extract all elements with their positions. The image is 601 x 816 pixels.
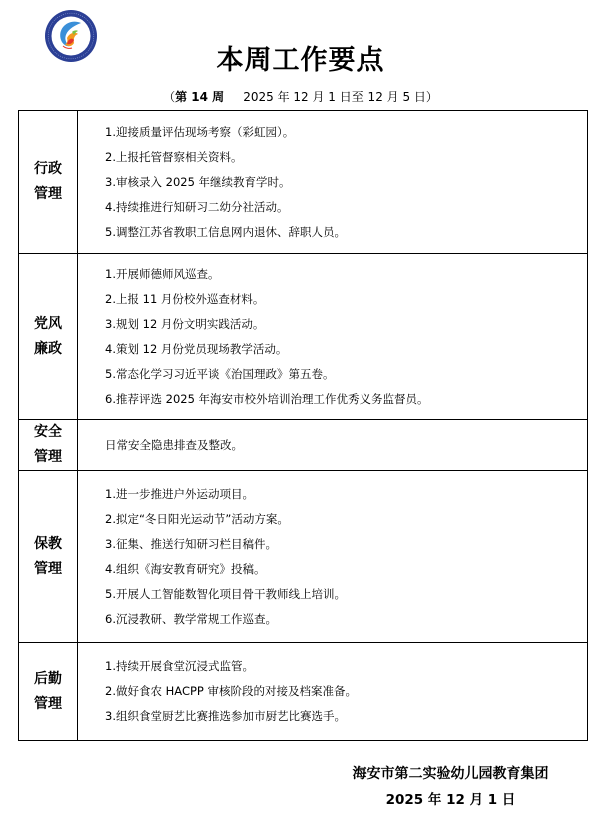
week-date-range: （第 14 周 2025 年 12 月 1 日至 12 月 5 日） [0,88,601,105]
table-row-logistics: 后勤 管理 1.持续开展食堂沉浸式监管。 2.做好食农 HACPP 审核阶段的对… [19,643,588,741]
list-item: 6.沉浸教研、教学常规工作巡查。 [105,607,587,632]
list-item: 3.审核录入 2025 年继续教育学时。 [105,170,587,195]
items-cell: 1.进一步推进户外运动项目。 2.拟定“冬日阳光运动节”活动方案。 3.征集、推… [78,471,588,643]
list-item: 2.做好食农 HACPP 审核阶段的对接及档案准备。 [105,679,587,704]
category-label-line2: 管理 [19,445,77,470]
items-cell: 1.开展师德师风巡查。 2.上报 11 月份校外巡查材料。 3.规划 12 月份… [78,254,588,420]
category-label-line2: 管理 [19,557,77,582]
table-row-administration: 行政 管理 1.迎接质量评估现场考察（彩虹园）。 2.上报托管督察相关资料。 3… [19,111,588,254]
category-label-line1: 保教 [19,532,77,557]
items-cell: 日常安全隐患排查及整改。 [78,420,588,471]
footer-date: 2025 年 12 月 1 日 [300,788,601,808]
subtitle-open-paren: （ [163,90,175,104]
list-item: 1.迎接质量评估现场考察（彩虹园）。 [105,120,587,145]
list-item: 5.开展人工智能数智化项目骨干教师线上培训。 [105,582,587,607]
list-item: 2.拟定“冬日阳光运动节”活动方案。 [105,507,587,532]
table-row-safety: 安全 管理 日常安全隐患排查及整改。 [19,420,588,471]
list-item: 2.上报托管督察相关资料。 [105,145,587,170]
category-label-line2: 廉政 [19,337,77,362]
category-cell: 党风 廉政 [19,254,78,420]
category-label-line1: 安全 [19,420,77,445]
category-label-line1: 后勤 [19,667,77,692]
list-item: 4.策划 12 月份党员现场教学活动。 [105,337,587,362]
work-plan-table: 行政 管理 1.迎接质量评估现场考察（彩虹园）。 2.上报托管督察相关资料。 3… [18,110,588,741]
list-item: 3.规划 12 月份文明实践活动。 [105,312,587,337]
items-cell: 1.迎接质量评估现场考察（彩虹园）。 2.上报托管督察相关资料。 3.审核录入 … [78,111,588,254]
list-item: 1.进一步推进户外运动项目。 [105,482,587,507]
date-range: 2025 年 12 月 1 日至 12 月 5 日） [224,90,438,104]
category-cell: 行政 管理 [19,111,78,254]
list-item: 5.调整江苏省教职工信息网内退休、辞职人员。 [105,220,587,245]
list-item: 1.开展师德师风巡查。 [105,262,587,287]
list-item: 4.持续推进行知研习二幼分社活动。 [105,195,587,220]
table-row-care-education: 保教 管理 1.进一步推进户外运动项目。 2.拟定“冬日阳光运动节”活动方案。 … [19,471,588,643]
category-cell: 安全 管理 [19,420,78,471]
list-item: 1.持续开展食堂沉浸式监管。 [105,654,587,679]
page-title: 本周工作要点 [0,38,601,77]
list-item: 3.组织食堂厨艺比赛推选参加市厨艺比赛选手。 [105,704,587,729]
category-label-line1: 行政 [19,157,77,182]
category-label-line1: 党风 [19,312,77,337]
category-cell: 后勤 管理 [19,643,78,741]
category-cell: 保教 管理 [19,471,78,643]
list-item: 6.推荐评选 2025 年海安市校外培训治理工作优秀义务监督员。 [105,387,587,412]
category-label-line2: 管理 [19,182,77,207]
list-item: 5.常态化学习习近平谈《治国理政》第五卷。 [105,362,587,387]
items-cell: 1.持续开展食堂沉浸式监管。 2.做好食农 HACPP 审核阶段的对接及档案准备… [78,643,588,741]
table-row-party-conduct: 党风 廉政 1.开展师德师风巡查。 2.上报 11 月份校外巡查材料。 3.规划… [19,254,588,420]
list-item: 2.上报 11 月份校外巡查材料。 [105,287,587,312]
footer-organization: 海安市第二实验幼儿园教育集团 [300,763,601,783]
week-number: 第 14 周 [175,90,224,104]
list-item: 3.征集、推送行知研习栏目稿件。 [105,532,587,557]
category-label-line2: 管理 [19,692,77,717]
list-item: 日常安全隐患排查及整改。 [105,433,587,458]
list-item: 4.组织《海安教育研究》投稿。 [105,557,587,582]
